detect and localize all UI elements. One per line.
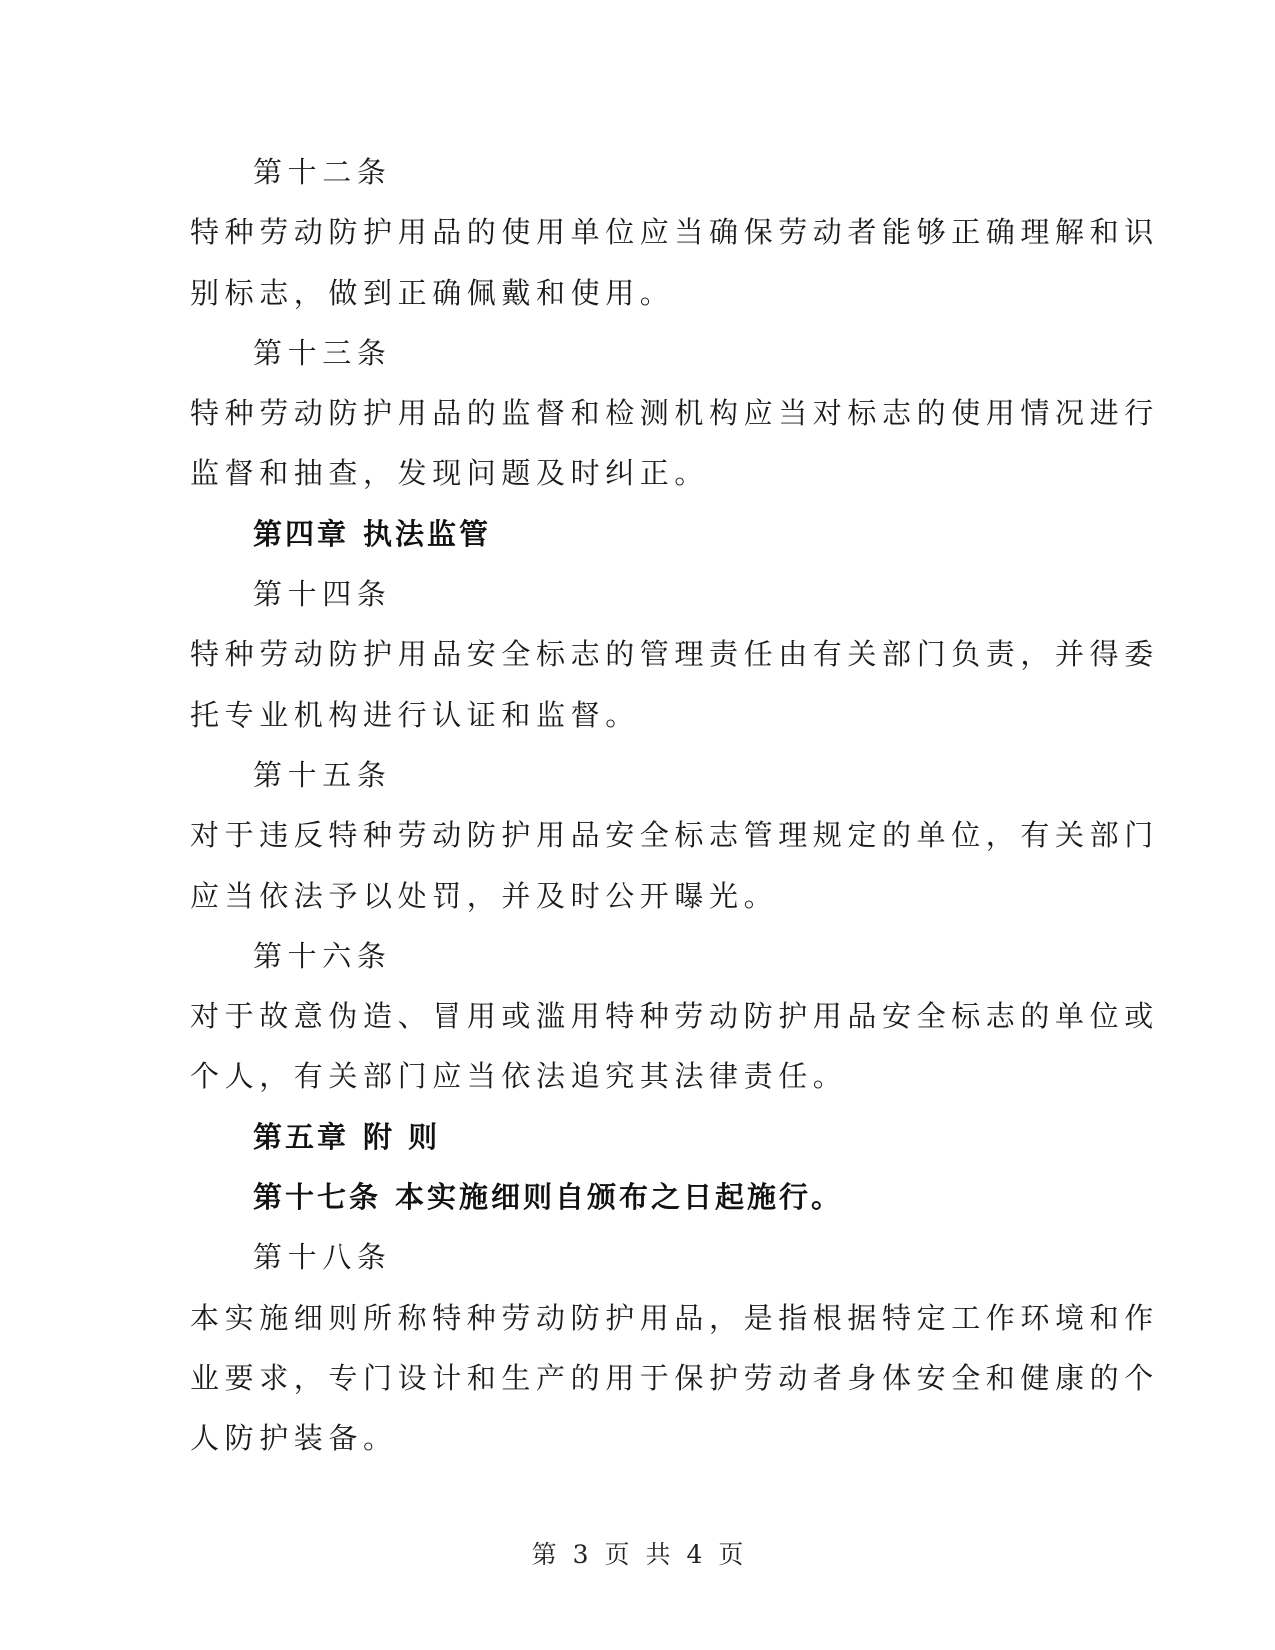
paragraph-line: 本实施细则所称特种劳动防护用品，是指根据特定工作环境和作 (190, 1288, 1070, 1348)
chapter-number: 第五章 (253, 1120, 349, 1154)
paragraph-line: 特种劳动防护用品的使用单位应当确保劳动者能够正确理解和识 (190, 202, 1070, 262)
paragraph-line: 个人，有关部门应当依法追究其法律责任。 (190, 1046, 1070, 1106)
footer-total-prefix: 共 (646, 1540, 671, 1569)
chapter-heading-5: 第五章附 则 (190, 1107, 1070, 1167)
paragraph-line: 监督和抽查，发现问题及时纠正。 (190, 443, 1070, 503)
document-body: 第十二条 特种劳动防护用品的使用单位应当确保劳动者能够正确理解和识 别标志，做到… (190, 142, 1070, 1469)
article-heading-12: 第十二条 (190, 142, 1070, 202)
paragraph-line: 业要求，专门设计和生产的用于保护劳动者身体安全和健康的个 (190, 1348, 1070, 1408)
total-pages-number: 4 (687, 1540, 703, 1569)
article-heading-16: 第十六条 (190, 926, 1070, 986)
footer-page-word: 页 (604, 1540, 629, 1569)
paragraph-line: 别标志，做到正确佩戴和使用。 (190, 263, 1070, 323)
chapter-title: 附 则 (363, 1120, 440, 1154)
paragraph-line: 应当依法予以处罚，并及时公开曝光。 (190, 866, 1070, 926)
paragraph-line: 对于故意伪造、冒用或滥用特种劳动防护用品安全标志的单位或 (190, 986, 1070, 1046)
article-text: 本实施细则自颁布之日起施行。 (395, 1180, 843, 1214)
page-footer: 第3页共4页 (0, 1535, 1275, 1571)
document-page: 第十二条 特种劳动防护用品的使用单位应当确保劳动者能够正确理解和识 别标志，做到… (0, 0, 1275, 1650)
article-heading-13: 第十三条 (190, 323, 1070, 383)
paragraph-line: 对于违反特种劳动防护用品安全标志管理规定的单位，有关部门 (190, 805, 1070, 865)
article-17-bold: 第十七条本实施细则自颁布之日起施行。 (190, 1167, 1070, 1227)
article-number: 第十七条 (253, 1180, 381, 1214)
paragraph-line: 人防护装备。 (190, 1408, 1070, 1468)
chapter-title: 执法监管 (363, 517, 491, 551)
article-heading-15: 第十五条 (190, 745, 1070, 805)
article-heading-14: 第十四条 (190, 564, 1070, 624)
paragraph-line: 托专业机构进行认证和监督。 (190, 685, 1070, 745)
footer-suffix: 页 (718, 1540, 743, 1569)
chapter-number: 第四章 (253, 517, 349, 551)
paragraph-line: 特种劳动防护用品的监督和检测机构应当对标志的使用情况进行 (190, 383, 1070, 443)
current-page-number: 3 (573, 1540, 589, 1569)
paragraph-line: 特种劳动防护用品安全标志的管理责任由有关部门负责，并得委 (190, 624, 1070, 684)
article-heading-18: 第十八条 (190, 1227, 1070, 1287)
footer-prefix: 第 (532, 1540, 557, 1569)
chapter-heading-4: 第四章执法监管 (190, 504, 1070, 564)
